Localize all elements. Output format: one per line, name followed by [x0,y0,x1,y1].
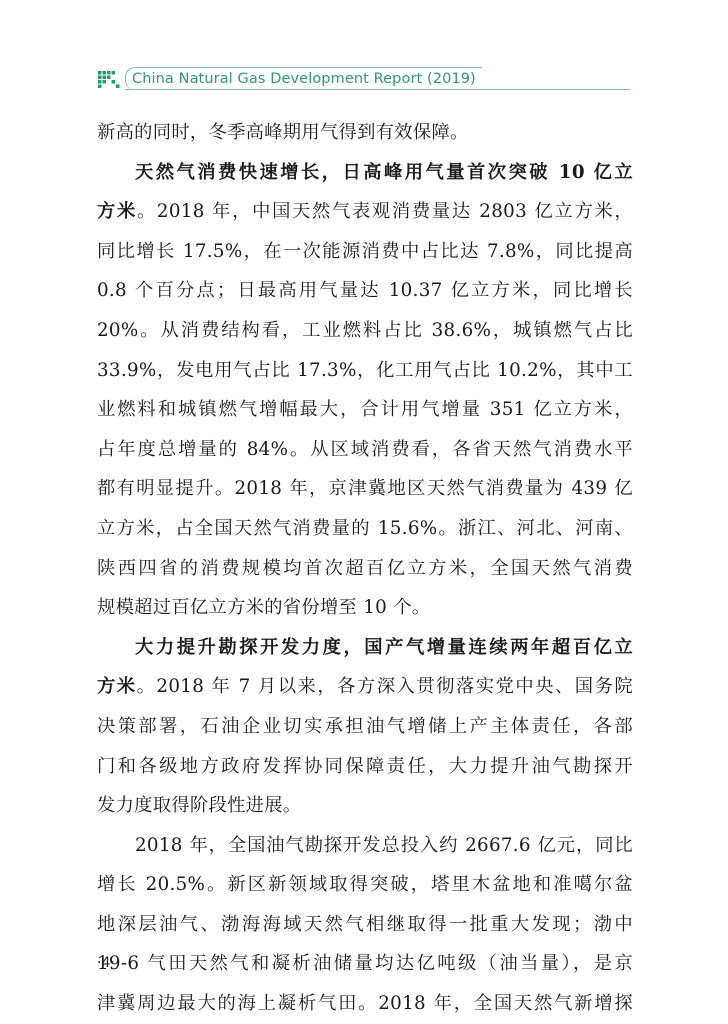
text-line: 地深层油气、渤海海域天然气相继取得一批重大发现；渤中 [97,905,633,945]
line-text: 33.9%，发电用气占比 17.3%，化工用气占比 10.2%，其中工 [97,360,633,381]
text-line: 规模超过百亿立方米的省份增至 10 个。 [97,588,633,628]
text-line: 20%。从消费结构看，工业燃料占比 38.6%，城镇燃气占比 [97,311,633,351]
text-line: 门和各级地方政府发挥协同保障责任，大力提升油气勘探开 [97,747,633,787]
text-line: 天然气消费快速增长，日高峰用气量首次突破 10 亿立 [97,153,633,193]
line-text: 。2018 年，中国天然气表观消费量达 2803 亿立方米， [137,201,633,222]
line-text: 门和各级地方政府发挥协同保障责任，大力提升油气勘探开 [97,756,633,777]
header-title: China Natural Gas Development Report (20… [132,71,476,87]
text-line: 津冀周边最大的海上凝析气田。2018 年，全国天然气新增探 [97,984,633,1024]
line-text: 业燃料和城镇燃气增幅最大，合计用气增量 351 亿立方米， [97,399,633,420]
header-rule [125,89,630,90]
line-text: 决策部署，石油企业切实承担油气增储上产主体责任，各部 [97,716,633,737]
text-line: 0.8 个百分点；日最高用气量达 10.37 亿立方米，同比增长 [97,271,633,311]
text-line: 2018 年，全国油气勘探开发总投入约 2667.6 亿元，同比 [97,826,633,866]
text-line: 方米。2018 年 7 月以来，各方深入贯彻落实党中央、国务院 [97,667,633,707]
text-line: 同比增长 17.5%，在一次能源消费中占比达 7.8%，同比提高 [97,232,633,272]
line-text: 20%。从消费结构看，工业燃料占比 38.6%，城镇燃气占比 [97,320,633,341]
line-text: 地深层油气、渤海海域天然气相继取得一批重大发现；渤中 [97,914,633,935]
header-title-frame: China Natural Gas Development Report (20… [125,67,482,90]
text-line: 立方米，占全国天然气消费量的 15.6%。浙江、河北、河南、 [97,509,633,549]
text-line: 发力度取得阶段性进展。 [97,786,633,826]
line-text: 规模超过百亿立方米的省份增至 10 个。 [97,597,430,618]
bold-heading-text: 方米 [97,676,137,697]
line-text: 占年度总增量的 84%。从区域消费看，各省天然气消费水平 [97,439,633,460]
line-text: 增长 20.5%。新区新领域取得突破，塔里木盆地和准噶尔盆 [97,874,633,895]
line-text: 新高的同时，冬季高峰期用气得到有效保障。 [97,122,469,143]
text-line: 19-6 气田天然气和凝析油储量均达亿吨级（油当量），是京 [97,944,633,984]
line-text: 立方米，占全国天然气消费量的 15.6%。浙江、河北、河南、 [97,518,633,539]
text-line: 占年度总增量的 84%。从区域消费看，各省天然气消费水平 [97,430,633,470]
bold-heading-text: 方米 [97,201,137,222]
line-text: 陕西四省的消费规模均首次超百亿立方米，全国天然气消费 [97,558,633,579]
bold-heading-text: 大力提升勘探开发力度，国产气增量连续两年超百亿立 [135,637,633,658]
line-text: 都有明显提升。2018 年，京津冀地区天然气消费量为 439 亿 [97,478,633,499]
text-line: 新高的同时，冬季高峰期用气得到有效保障。 [97,113,633,153]
line-text: 津冀周边最大的海上凝析气田。2018 年，全国天然气新增探 [97,993,633,1014]
body-text: 新高的同时，冬季高峰期用气得到有效保障。天然气消费快速增长，日高峰用气量首次突破… [97,113,633,1024]
line-text: 19-6 气田天然气和凝析油储量均达亿吨级（油当量），是京 [97,953,633,974]
text-line: 33.9%，发电用气占比 17.3%，化工用气占比 10.2%，其中工 [97,351,633,391]
text-line: 增长 20.5%。新区新领域取得突破，塔里木盆地和准噶尔盆 [97,865,633,905]
text-line: 都有明显提升。2018 年，京津冀地区天然气消费量为 439 亿 [97,469,633,509]
line-text: 2018 年，全国油气勘探开发总投入约 2667.6 亿元，同比 [135,835,633,856]
bold-heading-text: 天然气消费快速增长，日高峰用气量首次突破 10 亿立 [135,162,633,183]
text-line: 陕西四省的消费规模均首次超百亿立方米，全国天然气消费 [97,549,633,589]
dot-matrix-logo-icon [98,71,120,88]
text-line: 业燃料和城镇燃气增幅最大，合计用气增量 351 亿立方米， [97,390,633,430]
line-text: 0.8 个百分点；日最高用气量达 10.37 亿立方米，同比增长 [97,280,633,301]
text-line: 决策部署，石油企业切实承担油气增储上产主体责任，各部 [97,707,633,747]
text-line: 方米。2018 年，中国天然气表观消费量达 2803 亿立方米， [97,192,633,232]
line-text: 同比增长 17.5%，在一次能源消费中占比达 7.8%，同比提高 [97,241,633,262]
page-number: ·4· [97,955,115,971]
text-line: 大力提升勘探开发力度，国产气增量连续两年超百亿立 [97,628,633,668]
line-text: 。2018 年 7 月以来，各方深入贯彻落实党中央、国务院 [137,676,633,697]
line-text: 发力度取得阶段性进展。 [97,795,301,816]
running-header: China Natural Gas Development Report (20… [98,66,630,92]
